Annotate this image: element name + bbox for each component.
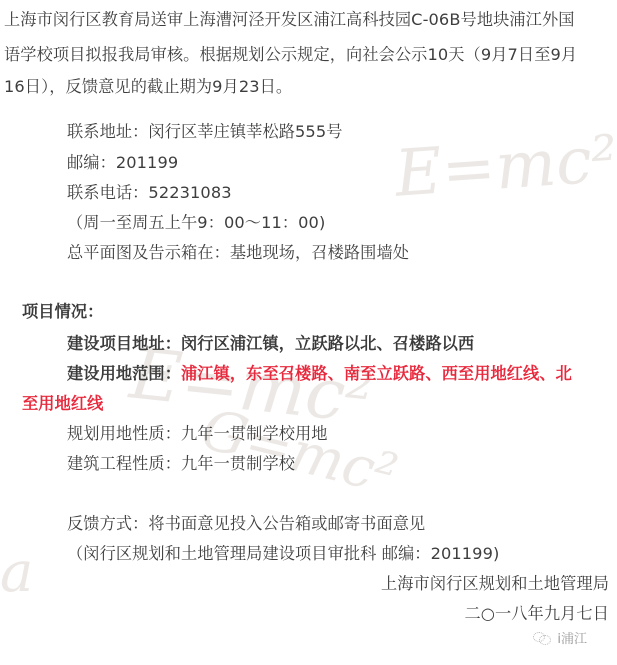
intro-line-2: 语学校项目拟报我局审核。根据规划公示规定，向社会公示10天（9月7日至9月 xyxy=(4,45,577,65)
source-watermark: i浦江 xyxy=(533,628,587,647)
feedback-address: （闵行区规划和土地管理局建设项目审批科 邮编：201199) xyxy=(67,544,499,564)
project-address: 建设项目地址：闵行区浦江镇，立跃路以北、召楼路以西 xyxy=(67,334,474,354)
display-location: 总平面图及告示箱在：基地现场，召楼路围墙处 xyxy=(67,243,409,263)
project-address-label: 建设项目地址： xyxy=(67,334,181,353)
project-range-value-cont: 至用地红线 xyxy=(22,394,103,414)
signature-date: 二○一八年九月七日 xyxy=(464,604,609,624)
project-range: 建设用地范围：浦江镇，东至召楼路、南至立跃路、西至用地红线、北 xyxy=(67,364,572,384)
contact-address: 联系地址：闵行区莘庄镇莘松路555号 xyxy=(67,122,343,142)
background-pattern: E=mc² E=mc² G=mc² a xyxy=(0,0,617,665)
project-heading: 项目情况： xyxy=(22,302,103,322)
contact-hours: （周一至周五上午9：00～11：00) xyxy=(67,213,325,233)
brand-name: i浦江 xyxy=(557,628,587,647)
building-nature: 建筑工程性质：九年一贯制学校 xyxy=(67,454,295,474)
formula-watermark: a xyxy=(0,540,33,605)
intro-line-1: 上海市闵行区教育局送审上海漕河泾开发区浦江高科技园C-06B号地块浦江外国 xyxy=(4,10,575,30)
land-use: 规划用地性质：九年一贯制学校用地 xyxy=(67,424,328,444)
formula-watermark: G=mc² xyxy=(195,397,403,508)
wechat-icon xyxy=(533,631,551,645)
contact-phone: 联系电话：52231083 xyxy=(67,183,232,203)
feedback-method: 反馈方式：将书面意见投入公告箱或邮寄书面意见 xyxy=(67,514,425,534)
contact-postcode: 邮编：201199 xyxy=(67,153,178,173)
project-range-label: 建设用地范围： xyxy=(67,364,181,383)
signature-org: 上海市闵行区规划和土地管理局 xyxy=(381,574,609,594)
formula-watermark: E=mc² xyxy=(393,122,617,211)
project-address-value: 闵行区浦江镇，立跃路以北、召楼路以西 xyxy=(181,334,474,353)
intro-line-3: 16日），反馈意见的截止期为9月23日。 xyxy=(4,77,292,97)
project-range-value: 浦江镇，东至召楼路、南至立跃路、西至用地红线、北 xyxy=(181,364,572,383)
